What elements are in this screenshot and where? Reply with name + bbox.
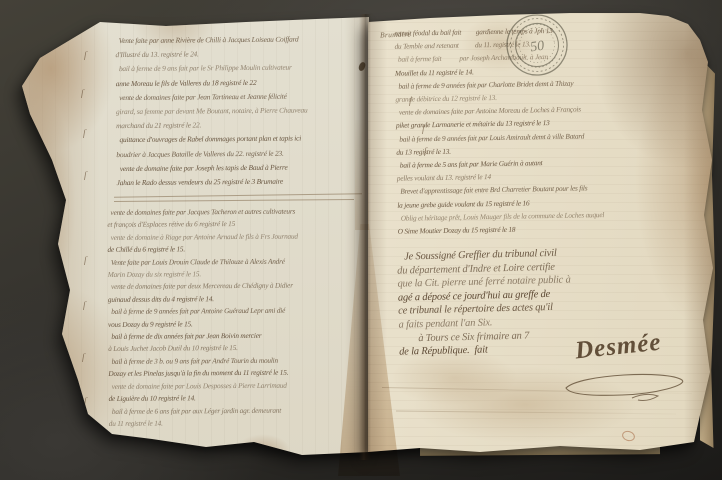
book-fold-shadow bbox=[359, 14, 371, 460]
signature-flourish-icon bbox=[560, 368, 692, 402]
manuscript-scan: vendémiaire Vente faite par anne Rivière… bbox=[0, 0, 722, 480]
revenue-stamp-icon: 50 bbox=[500, 8, 575, 83]
margin-mark: ſ bbox=[424, 146, 427, 156]
right-page: Brumaire retrait féodal du bail fait gar… bbox=[366, 8, 719, 464]
paper-crease bbox=[396, 411, 676, 415]
stamp-value: 50 bbox=[529, 39, 545, 56]
rust-stain bbox=[621, 429, 636, 443]
margin-mark: ſ bbox=[422, 124, 425, 134]
margin-mark: ſ bbox=[409, 96, 412, 106]
